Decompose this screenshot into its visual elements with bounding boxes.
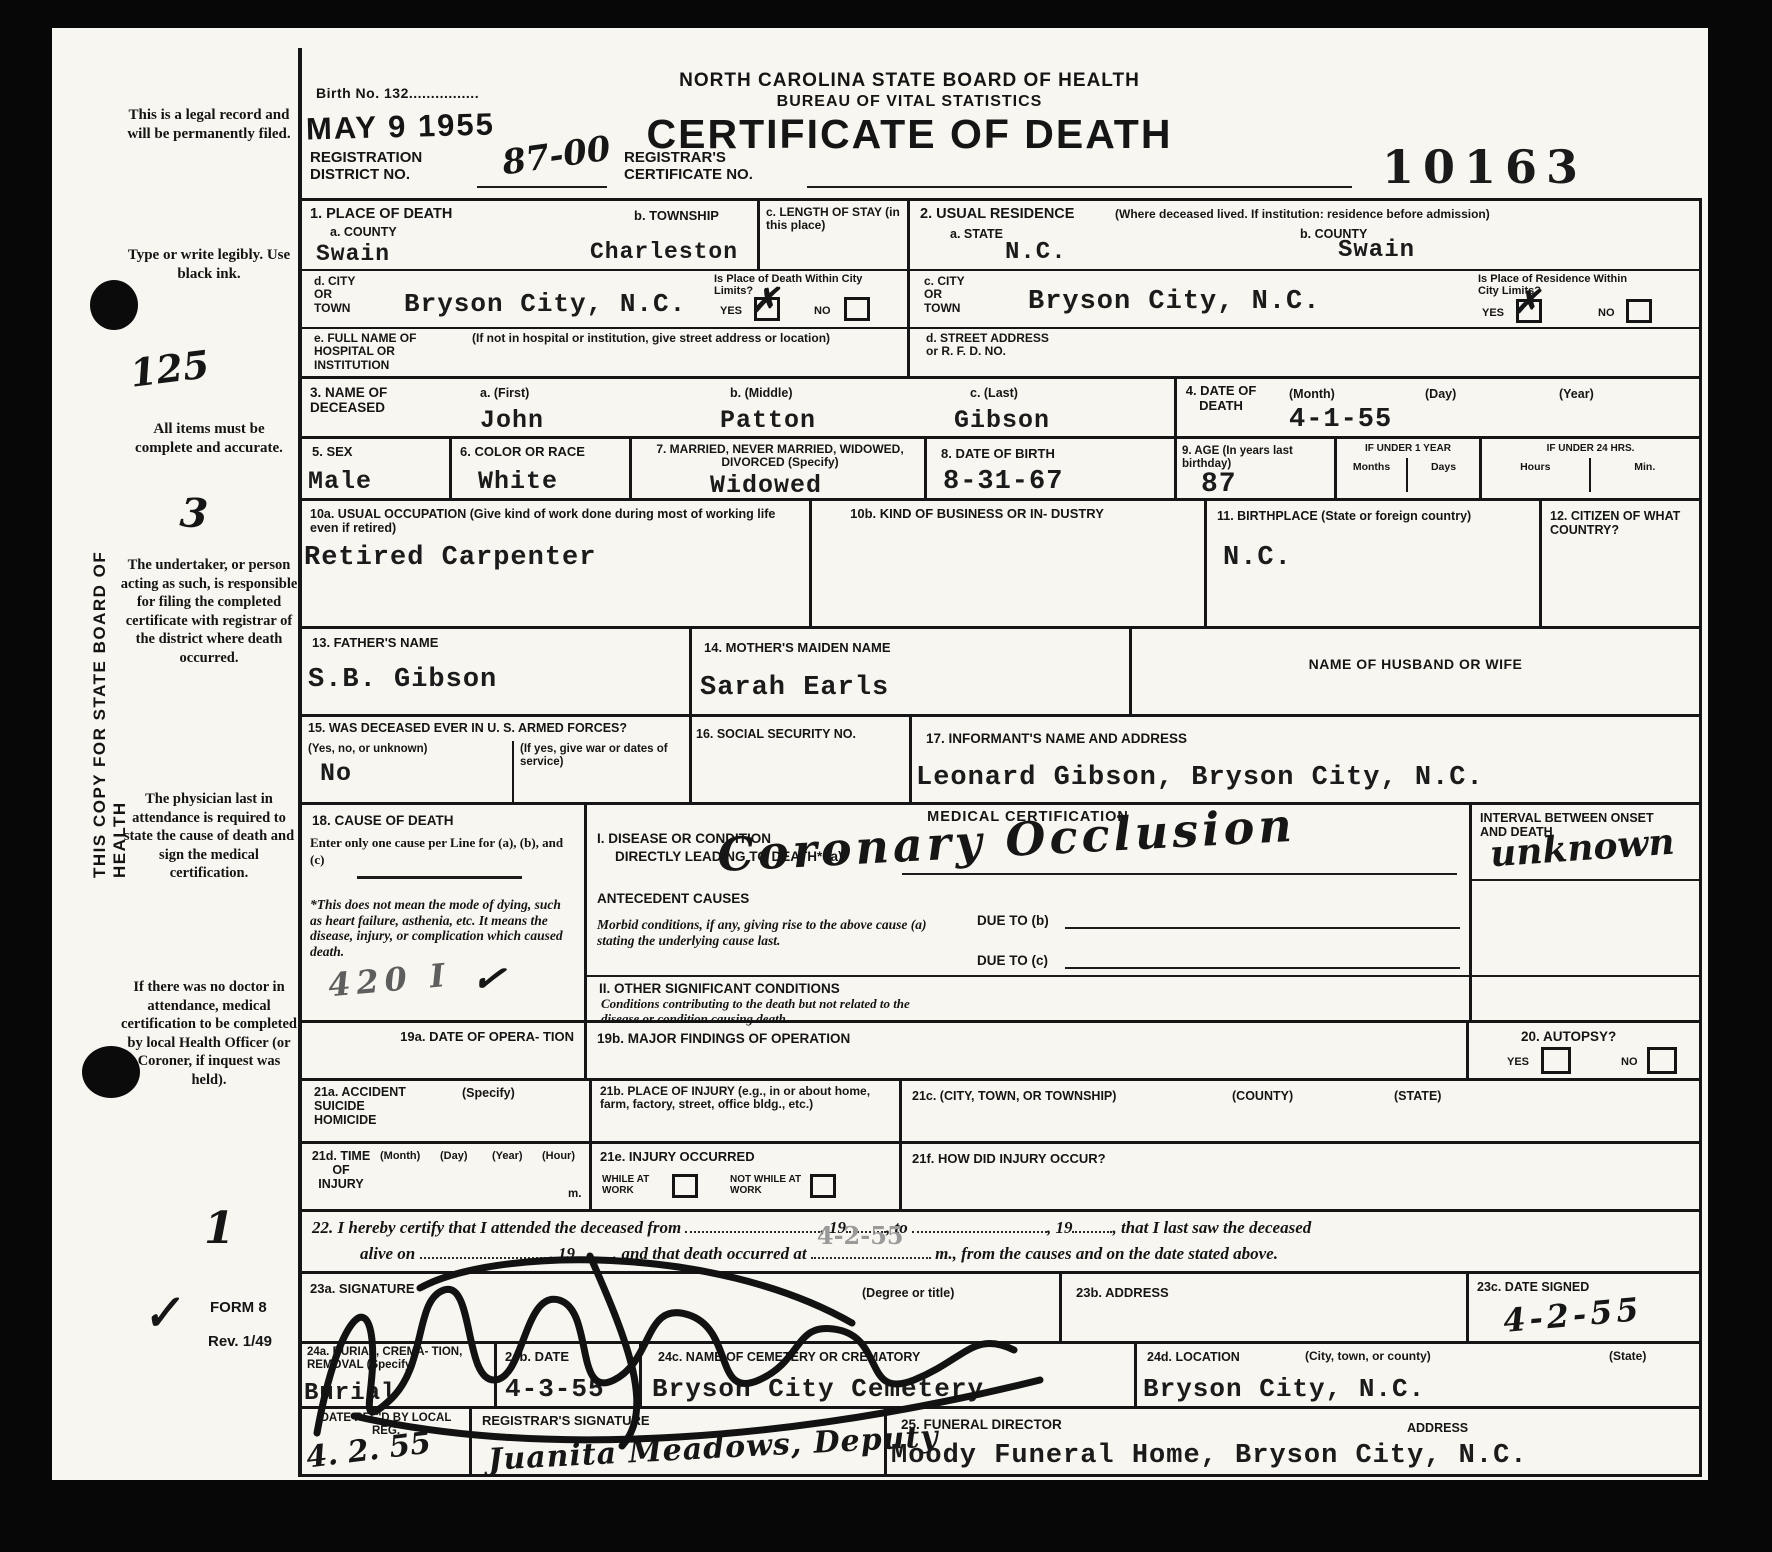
margin-note-type-ink: Type or write legibly. Use black ink. xyxy=(124,246,294,284)
other-conditions-label: II. OTHER SIGNIFICANT CONDITIONS xyxy=(599,981,840,996)
injury-day-label: (Day) xyxy=(440,1150,468,1162)
residence-city-label: c. CITY OR TOWN xyxy=(924,275,979,315)
township-value: Charleston xyxy=(590,239,738,265)
section-burial-date: 24b. DATE 4-3-55 xyxy=(497,1344,642,1406)
residence-city-value: Bryson City, N.C. xyxy=(1028,287,1320,317)
length-of-stay-label: c. LENGTH OF STAY (in this place) xyxy=(760,201,907,238)
certify-text-4: , and that death occurred at xyxy=(613,1244,807,1263)
marital-status-value: Widowed xyxy=(710,471,822,500)
physician-address-label: 23b. ADDRESS xyxy=(1076,1286,1169,1301)
length-of-stay-cell: c. LENGTH OF STAY (in this place) xyxy=(757,201,907,269)
certify-text-2: , that I last saw the deceased xyxy=(1112,1218,1311,1237)
under-24-hours-label: Hours xyxy=(1482,458,1591,492)
while-at-work-checkbox xyxy=(672,1174,698,1198)
injury-month-label: (Month) xyxy=(380,1150,420,1162)
certify-text-1: 22. I hereby certify that I attended the… xyxy=(312,1218,681,1237)
first-name-label: a. (First) xyxy=(480,386,529,400)
certify-text-3: alive on xyxy=(360,1244,415,1263)
injury-year-label: (Year) xyxy=(492,1150,523,1162)
last-name-value: Gibson xyxy=(954,406,1050,435)
date-of-death-value: 4-1-55 xyxy=(1289,405,1392,435)
registrar-certificate-label: REGISTRAR'S CERTIFICATE NO. xyxy=(624,150,804,184)
due-to-b-underline xyxy=(1065,913,1460,929)
section-medical-certification: MEDICAL CERTIFICATION I. DISEASE OR COND… xyxy=(587,805,1469,1020)
death-time-handwriting: 4-2-55 xyxy=(817,1222,904,1250)
autopsy-yes-checkbox xyxy=(1541,1047,1571,1074)
sex-value: Male xyxy=(308,467,372,496)
date-signed-label: 23c. DATE SIGNED xyxy=(1477,1280,1589,1294)
accident-suicide-label: 21a. ACCIDENT SUICIDE HOMICIDE xyxy=(314,1085,424,1127)
section-age-under-24-hrs: IF UNDER 24 HRS. Hours Min. xyxy=(1482,439,1699,498)
date-of-birth-label: 8. DATE OF BIRTH xyxy=(941,447,1055,462)
death-limits-no-label: NO xyxy=(814,305,831,317)
township-label: b. TOWNSHIP xyxy=(634,209,719,224)
certify-blank-19c xyxy=(575,1244,613,1259)
check-mark-icon: ✓ xyxy=(139,1284,183,1342)
registration-district-underline xyxy=(477,148,607,188)
certificate-serial: 10163 xyxy=(1382,140,1587,194)
fathers-name-label: 13. FATHER'S NAME xyxy=(312,636,438,651)
certificate-paper: THIS COPY FOR STATE BOARD OF HEALTH This… xyxy=(52,28,1708,1480)
residence-limits-no-checkbox xyxy=(1626,299,1652,323)
signature-label: 23a. SIGNATURE xyxy=(310,1282,415,1297)
armed-forces-sub1: (Yes, no, or unknown) xyxy=(308,743,427,756)
margin-note-no-doctor: If there was no doctor in attendance, me… xyxy=(120,978,298,1089)
color-or-race-value: White xyxy=(478,467,558,496)
section-citizen: 12. CITIZEN OF WHAT COUNTRY? xyxy=(1542,501,1699,626)
date-signed-handwriting: 4-2-55 xyxy=(1502,1290,1644,1340)
section-interval: INTERVAL BETWEEN ONSET AND DEATH unknown xyxy=(1469,805,1699,1020)
section-cause-of-death: 18. CAUSE OF DEATH Enter only one cause … xyxy=(302,805,587,1020)
burial-label: 24a. BURIAL, CREMA- TION, REMOVAL (Speci… xyxy=(307,1346,489,1372)
morbid-note: Morbid conditions, if any, giving rise t… xyxy=(597,917,952,948)
last-name-label: c. (Last) xyxy=(970,386,1018,400)
not-while-at-work-label: NOT WHILE AT WORK xyxy=(730,1174,802,1196)
under-1-days-label: Days xyxy=(1408,458,1479,492)
injury-state-label: (STATE) xyxy=(1394,1089,1441,1103)
funeral-address-label: ADDRESS xyxy=(1407,1421,1468,1435)
antecedent-label: ANTECEDENT CAUSES xyxy=(597,891,749,906)
middle-name-label: b. (Middle) xyxy=(730,386,793,400)
hospital-note: (If not in hospital or institution, give… xyxy=(472,332,830,345)
informant-value: Leonard Gibson, Bryson City, N.C. xyxy=(916,763,1484,793)
county-label: a. COUNTY xyxy=(330,225,397,239)
residence-county-value: Swain xyxy=(1338,237,1415,264)
section-usual-occupation: 10a. USUAL OCCUPATION (Give kind of work… xyxy=(302,501,812,626)
marital-status-label: 7. MARRIED, NEVER MARRIED, WIDOWED, DIVO… xyxy=(640,443,920,470)
birthplace-value: N.C. xyxy=(1223,543,1292,573)
margin-handwriting-125: 125 xyxy=(128,341,212,395)
section-signature: 23a. SIGNATURE (Degree or title) xyxy=(302,1274,1062,1341)
armed-forces-sub2: (If yes, give war or dates of service) xyxy=(520,743,680,769)
under-1-year-label: IF UNDER 1 YEAR xyxy=(1337,439,1479,454)
margin-note-legal: This is a legal record and will be perma… xyxy=(124,106,294,144)
section-burial-location: 24d. LOCATION (City, town, or county) (S… xyxy=(1137,1344,1699,1406)
section-date-of-operation: 19a. DATE OF OPERA- TION xyxy=(302,1023,587,1078)
death-city-value: Bryson City, N.C. xyxy=(404,289,686,319)
injury-m-label: m. xyxy=(568,1188,581,1201)
major-findings-label: 19b. MAJOR FINDINGS OF OPERATION xyxy=(597,1031,850,1046)
under-1-months-label: Months xyxy=(1337,458,1408,492)
section-social-security: 16. SOCIAL SECURITY NO. xyxy=(692,717,912,802)
usual-residence-label: 2. USUAL RESIDENCE xyxy=(920,206,1074,222)
place-of-death-label: 1. PLACE OF DEATH xyxy=(310,206,452,222)
date-of-birth-value: 8-31-67 xyxy=(943,467,1063,497)
certify-blank-19b xyxy=(1072,1218,1112,1233)
section-kind-of-business: 10b. KIND OF BUSINESS OR IN- DUSTRY xyxy=(812,501,1207,626)
section-age: 9. AGE (In years last birthday) 87 xyxy=(1177,439,1337,498)
section-name-of-deceased: 3. NAME OF DECEASED a. (First) John b. (… xyxy=(302,379,1177,436)
burial-location-state-label: (State) xyxy=(1609,1350,1646,1363)
registration-district-label: REGISTRATION DISTRICT NO. xyxy=(310,150,475,184)
funeral-director-value: Moody Funeral Home, Bryson City, N.C. xyxy=(891,1441,1528,1471)
under-24-min-label: Min. xyxy=(1591,458,1700,492)
social-security-label: 16. SOCIAL SECURITY NO. xyxy=(696,727,906,741)
section-place-of-death: 1. PLACE OF DEATH a. COUNTY Swain b. TOW… xyxy=(302,201,910,376)
degree-or-title-label: (Degree or title) xyxy=(862,1286,954,1300)
certify-19c: , 19 xyxy=(550,1244,576,1263)
date-of-death-day-label: (Day) xyxy=(1425,387,1456,401)
registrar-signature-label: REGISTRAR'S SIGNATURE xyxy=(482,1414,650,1429)
certify-blank-from xyxy=(685,1218,820,1233)
section-how-injury-occurred: 21f. HOW DID INJURY OCCUR? xyxy=(902,1144,1699,1209)
section-marital-status: 7. MARRIED, NEVER MARRIED, WIDOWED, DIVO… xyxy=(632,439,927,498)
section-date-signed: 23c. DATE SIGNED 4-2-55 xyxy=(1469,1274,1699,1341)
cause-code-handwriting: 420 I xyxy=(327,956,453,1005)
section-certify-statement: 22. I hereby certify that I attended the… xyxy=(302,1212,1699,1271)
section-burial: 24a. BURIAL, CREMA- TION, REMOVAL (Speci… xyxy=(302,1344,497,1406)
section-informant: 17. INFORMANT'S NAME AND ADDRESS Leonard… xyxy=(912,717,1699,802)
form-number: FORM 8 xyxy=(210,1300,267,1317)
injury-hour-label: (Hour) xyxy=(542,1150,575,1162)
injury-occurred-label: 21e. INJURY OCCURRED xyxy=(600,1150,755,1165)
margin-handwriting-3: 3 xyxy=(178,489,209,538)
cause-of-death-label: 18. CAUSE OF DEATH xyxy=(312,813,454,828)
cause-note-divider xyxy=(357,865,522,879)
accident-specify-label: (Specify) xyxy=(462,1086,515,1100)
margin-note-physician: The physician last in attendance is requ… xyxy=(120,790,298,883)
usual-residence-note: (Where deceased lived. If institution: r… xyxy=(1115,208,1490,221)
death-time-blank: 4-2-55 xyxy=(811,1244,931,1259)
injury-county-label: (COUNTY) xyxy=(1232,1089,1293,1103)
autopsy-yes-label: YES xyxy=(1507,1056,1529,1068)
autopsy-no-label: NO xyxy=(1621,1056,1638,1068)
residence-state-label: a. STATE xyxy=(950,227,1003,241)
armed-forces-label: 15. WAS DECEASED EVER IN U. S. ARMED FOR… xyxy=(308,721,688,735)
date-of-death-month-label: (Month) xyxy=(1289,387,1335,401)
section-husband-or-wife: NAME OF HUSBAND OR WIFE xyxy=(1132,629,1699,714)
usual-occupation-value: Retired Carpenter xyxy=(304,543,596,573)
section-birthplace: 11. BIRTHPLACE (State or foreign country… xyxy=(1207,501,1542,626)
bureau-name: BUREAU OF VITAL STATISTICS xyxy=(302,93,1517,111)
cause-code-check-mark: ✓ xyxy=(469,953,509,1004)
color-or-race-label: 6. COLOR OR RACE xyxy=(460,445,585,460)
first-name-value: John xyxy=(480,406,544,435)
autopsy-label: 20. AUTOPSY? xyxy=(1521,1029,1616,1044)
informant-label: 17. INFORMANT'S NAME AND ADDRESS xyxy=(926,731,1187,746)
death-limits-no-checkbox xyxy=(844,297,870,321)
death-city-label: d. CITY OR TOWN xyxy=(314,275,366,315)
form-header: Birth No. 132................ MAY 9 1955… xyxy=(302,48,1702,198)
section-place-of-injury: 21b. PLACE OF INJURY (e.g., in or about … xyxy=(592,1081,902,1141)
fathers-name-value: S.B. Gibson xyxy=(308,665,497,695)
usual-occupation-label: 10a. USUAL OCCUPATION (Give kind of work… xyxy=(310,507,795,535)
section-armed-forces: 15. WAS DECEASED EVER IN U. S. ARMED FOR… xyxy=(302,717,692,802)
death-limits-x-mark-icon: ✗ xyxy=(750,281,779,321)
due-to-b-label: DUE TO (b) xyxy=(977,913,1049,928)
under-24-label: IF UNDER 24 HRS. xyxy=(1482,439,1699,454)
time-of-injury-label: 21d. TIME OF INJURY xyxy=(310,1149,372,1191)
cause-note-2: *This does not mean the mode of dying, s… xyxy=(310,897,572,959)
section-autopsy: 20. AUTOPSY? YES NO xyxy=(1469,1023,1699,1078)
section-funeral-director: 25. FUNERAL DIRECTOR ADDRESS Moody Funer… xyxy=(887,1409,1699,1474)
registrar-certificate-underline xyxy=(807,148,1352,188)
other-conditions-topline xyxy=(587,963,1469,977)
cemetery-label: 24c. NAME OF CEMETERY OR CREMATORY xyxy=(658,1350,920,1364)
section-color-or-race: 6. COLOR OR RACE White xyxy=(452,439,632,498)
section-age-under-1-year: IF UNDER 1 YEAR Months Days xyxy=(1337,439,1482,498)
section-sex: 5. SEX Male xyxy=(302,439,452,498)
residence-limits-no-label: NO xyxy=(1598,307,1615,319)
date-of-death-label: 4. DATE OF DEATH xyxy=(1185,384,1257,413)
residence-state-value: N.C. xyxy=(1005,239,1067,266)
section-cemetery: 24c. NAME OF CEMETERY OR CREMATORY Bryso… xyxy=(642,1344,1137,1406)
cemetery-value: Bryson City Cemetery xyxy=(652,1374,984,1404)
autopsy-no-checkbox xyxy=(1647,1047,1677,1074)
name-of-deceased-label: 3. NAME OF DECEASED xyxy=(310,385,415,415)
form-area: Birth No. 132................ MAY 9 1955… xyxy=(298,48,1702,1477)
certify-19b: , 19 xyxy=(1047,1218,1073,1237)
section-date-of-death: 4. DATE OF DEATH (Month) (Day) (Year) 4-… xyxy=(1177,379,1699,436)
section-date-received: DATE REC'D BY LOCAL REG. 4. 2. 55 xyxy=(302,1409,472,1474)
section-registrar-signature: REGISTRAR'S SIGNATURE Juanita Meadows, D… xyxy=(472,1409,887,1474)
form-grid: 1. PLACE OF DEATH a. COUNTY Swain b. TOW… xyxy=(302,198,1702,1477)
section-accident-suicide: 21a. ACCIDENT SUICIDE HOMICIDE (Specify) xyxy=(302,1081,592,1141)
street-address-label: d. STREET ADDRESS or R. F. D. NO. xyxy=(926,332,1056,359)
death-limits-label: Is Place of Death Within City Limits? xyxy=(714,273,874,298)
birthplace-label: 11. BIRTHPLACE (State or foreign country… xyxy=(1217,509,1537,523)
funeral-director-label: 25. FUNERAL DIRECTOR xyxy=(901,1417,1062,1432)
section-fathers-name: 13. FATHER'S NAME S.B. Gibson xyxy=(302,629,692,714)
section-major-findings: 19b. MAJOR FINDINGS OF OPERATION xyxy=(587,1023,1469,1078)
interval-line-1 xyxy=(1472,867,1699,881)
form-revision: Rev. 1/49 xyxy=(208,1334,272,1351)
residence-limits-x-mark-icon: ✗ xyxy=(1513,283,1540,321)
certify-text-5: m., from the causes and on the date stat… xyxy=(935,1244,1278,1263)
mothers-maiden-name-value: Sarah Earls xyxy=(700,673,889,703)
interval-line-2 xyxy=(1472,963,1699,977)
husband-or-wife-label: NAME OF HUSBAND OR WIFE xyxy=(1132,657,1699,673)
kind-of-business-label: 10b. KIND OF BUSINESS OR IN- DUSTRY xyxy=(822,507,1132,522)
sex-label: 5. SEX xyxy=(312,445,352,460)
punch-hole-top xyxy=(90,280,138,330)
margin-handwriting-1: 1 xyxy=(204,1203,235,1254)
section-injury-occurred: 21e. INJURY OCCURRED WHILE AT WORK NOT W… xyxy=(592,1144,902,1209)
scanned-death-certificate: { "common": {"yes": "YES", "no": "NO"}, … xyxy=(0,0,1772,1552)
section-usual-residence: 2. USUAL RESIDENCE (Where deceased lived… xyxy=(910,201,1699,376)
section-injury-city: 21c. (CITY, TOWN, OR TOWNSHIP) (COUNTY) … xyxy=(902,1081,1699,1141)
age-value: 87 xyxy=(1201,469,1237,500)
certify-blank-alive xyxy=(420,1244,550,1259)
cause-note-1: Enter only one cause per Line for (a), (… xyxy=(310,835,572,868)
county-value: Swain xyxy=(316,241,390,267)
section-time-of-injury: 21d. TIME OF INJURY (Month) (Day) (Year)… xyxy=(302,1144,592,1209)
burial-value: Burial xyxy=(304,1380,396,1407)
death-limits-yes-label: YES xyxy=(720,305,742,317)
armed-forces-value: No xyxy=(320,759,352,788)
date-of-death-year-label: (Year) xyxy=(1559,387,1594,401)
burial-location-value: Bryson City, N.C. xyxy=(1143,1374,1425,1404)
section-date-of-birth: 8. DATE OF BIRTH 8-31-67 xyxy=(927,439,1177,498)
section-mothers-maiden-name: 14. MOTHER'S MAIDEN NAME Sarah Earls xyxy=(692,629,1132,714)
residence-limits-label: Is Place of Residence Within City Limits… xyxy=(1478,273,1638,298)
burial-date-label: 24b. DATE xyxy=(505,1350,569,1365)
margin-note-undertaker: The undertaker, or person acting as such… xyxy=(120,556,298,667)
residence-limits-yes-label: YES xyxy=(1482,307,1504,319)
place-of-injury-label: 21b. PLACE OF INJURY (e.g., in or about … xyxy=(600,1085,895,1112)
burial-location-note: (City, town, or county) xyxy=(1305,1350,1431,1363)
hospital-label: e. FULL NAME OF HOSPITAL OR INSTITUTION xyxy=(314,332,464,372)
section-physician-address: 23b. ADDRESS xyxy=(1062,1274,1469,1341)
margin-note-complete: All items must be complete and accurate. xyxy=(124,420,294,458)
citizen-label: 12. CITIZEN OF WHAT COUNTRY? xyxy=(1550,509,1695,537)
burial-location-label: 24d. LOCATION xyxy=(1147,1350,1240,1364)
date-of-operation-label: 19a. DATE OF OPERA- TION xyxy=(362,1030,574,1045)
not-while-at-work-checkbox xyxy=(810,1174,836,1198)
mothers-maiden-name-label: 14. MOTHER'S MAIDEN NAME xyxy=(704,641,891,656)
while-at-work-label: WHILE AT WORK xyxy=(602,1174,664,1196)
middle-name-value: Patton xyxy=(720,406,816,435)
injury-city-label: 21c. (CITY, TOWN, OR TOWNSHIP) xyxy=(912,1089,1116,1103)
board-name: NORTH CAROLINA STATE BOARD OF HEALTH xyxy=(302,70,1517,91)
burial-date-value: 4-3-55 xyxy=(505,1374,605,1404)
certify-blank-to xyxy=(912,1218,1047,1233)
how-injury-occurred-label: 21f. HOW DID INJURY OCCUR? xyxy=(912,1152,1106,1167)
age-label: 9. AGE (In years last birthday) xyxy=(1182,445,1332,471)
